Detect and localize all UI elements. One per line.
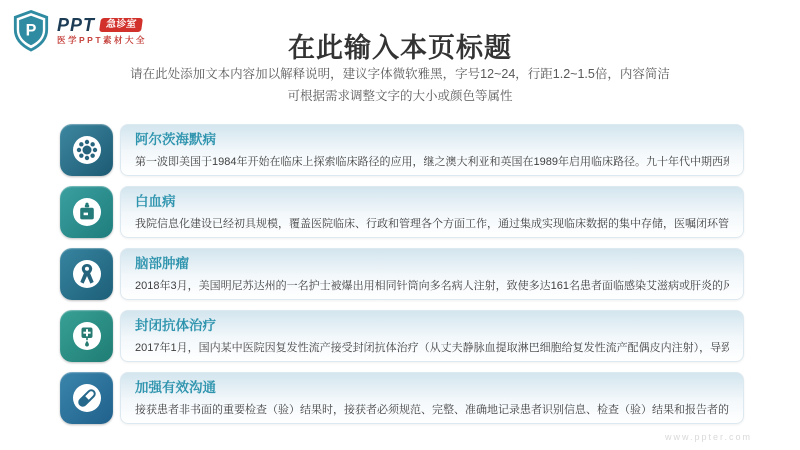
medicine-bottle-icon bbox=[60, 186, 113, 238]
item-body: 第一波即美国于1984年开始在临床上探索临床路径的应用，继之澳大利亚和英国在19… bbox=[135, 153, 729, 169]
item-title: 加强有效沟通 bbox=[135, 379, 729, 397]
list-item: 封闭抗体治疗 2017年1月，国内某中医院因复发性流产接受封闭抗体治疗（从丈夫静… bbox=[60, 310, 744, 362]
page-title: 在此输入本页标题 bbox=[0, 26, 800, 65]
item-title: 阿尔茨海默病 bbox=[135, 131, 729, 149]
item-title: 白血病 bbox=[135, 193, 729, 211]
item-title: 封闭抗体治疗 bbox=[135, 317, 729, 335]
iv-bag-icon bbox=[60, 310, 113, 362]
item-title: 脑部肿瘤 bbox=[135, 255, 729, 273]
list-item: 阿尔茨海默病 第一波即美国于1984年开始在临床上探索临床路径的应用，继之澳大利… bbox=[60, 124, 744, 176]
list-item: 脑部肿瘤 2018年3月，美国明尼苏达州的一名护士被爆出用相同针筒向多名病人注射… bbox=[60, 248, 744, 300]
item-card: 白血病 我院信息化建设已经初具规模，覆盖医院临床、行政和管理各个方面工作，通过集… bbox=[120, 186, 744, 238]
item-card: 加强有效沟通 接获患者非书面的重要检查（验）结果时，接获者必须规范、完整、准确地… bbox=[120, 372, 744, 424]
page-subtitle: 请在此处添加文本内容加以解释说明，建议字体微软雅黑，字号12~24，行距1.2~… bbox=[0, 64, 800, 108]
virus-icon bbox=[60, 124, 113, 176]
watermark: www.ppter.com bbox=[665, 432, 752, 442]
item-card: 阿尔茨海默病 第一波即美国于1984年开始在临床上探索临床路径的应用，继之澳大利… bbox=[120, 124, 744, 176]
item-body: 2018年3月，美国明尼苏达州的一名护士被爆出用相同针筒向多名病人注射，致使多达… bbox=[135, 277, 729, 293]
subtitle-line-2: 可根据需求调整文字的大小或颜色等属性 bbox=[0, 86, 800, 108]
list-item: 加强有效沟通 接获患者非书面的重要检查（验）结果时，接获者必须规范、完整、准确地… bbox=[60, 372, 744, 424]
item-card: 封闭抗体治疗 2017年1月，国内某中医院因复发性流产接受封闭抗体治疗（从丈夫静… bbox=[120, 310, 744, 362]
item-card: 脑部肿瘤 2018年3月，美国明尼苏达州的一名护士被爆出用相同针筒向多名病人注射… bbox=[120, 248, 744, 300]
content-list: 阿尔茨海默病 第一波即美国于1984年开始在临床上探索临床路径的应用，继之澳大利… bbox=[60, 124, 744, 424]
list-item: 白血病 我院信息化建设已经初具规模，覆盖医院临床、行政和管理各个方面工作，通过集… bbox=[60, 186, 744, 238]
capsule-icon bbox=[60, 372, 113, 424]
item-body: 接获患者非书面的重要检查（验）结果时，接获者必须规范、完整、准确地记录患者识别信… bbox=[135, 401, 729, 417]
item-body: 我院信息化建设已经初具规模，覆盖医院临床、行政和管理各个方面工作，通过集成实现临… bbox=[135, 215, 729, 231]
subtitle-line-1: 请在此处添加文本内容加以解释说明，建议字体微软雅黑，字号12~24，行距1.2~… bbox=[0, 64, 800, 86]
ribbon-icon bbox=[60, 248, 113, 300]
item-body: 2017年1月，国内某中医院因复发性流产接受封闭抗体治疗（从丈夫静脉血提取淋巴细… bbox=[135, 339, 729, 355]
